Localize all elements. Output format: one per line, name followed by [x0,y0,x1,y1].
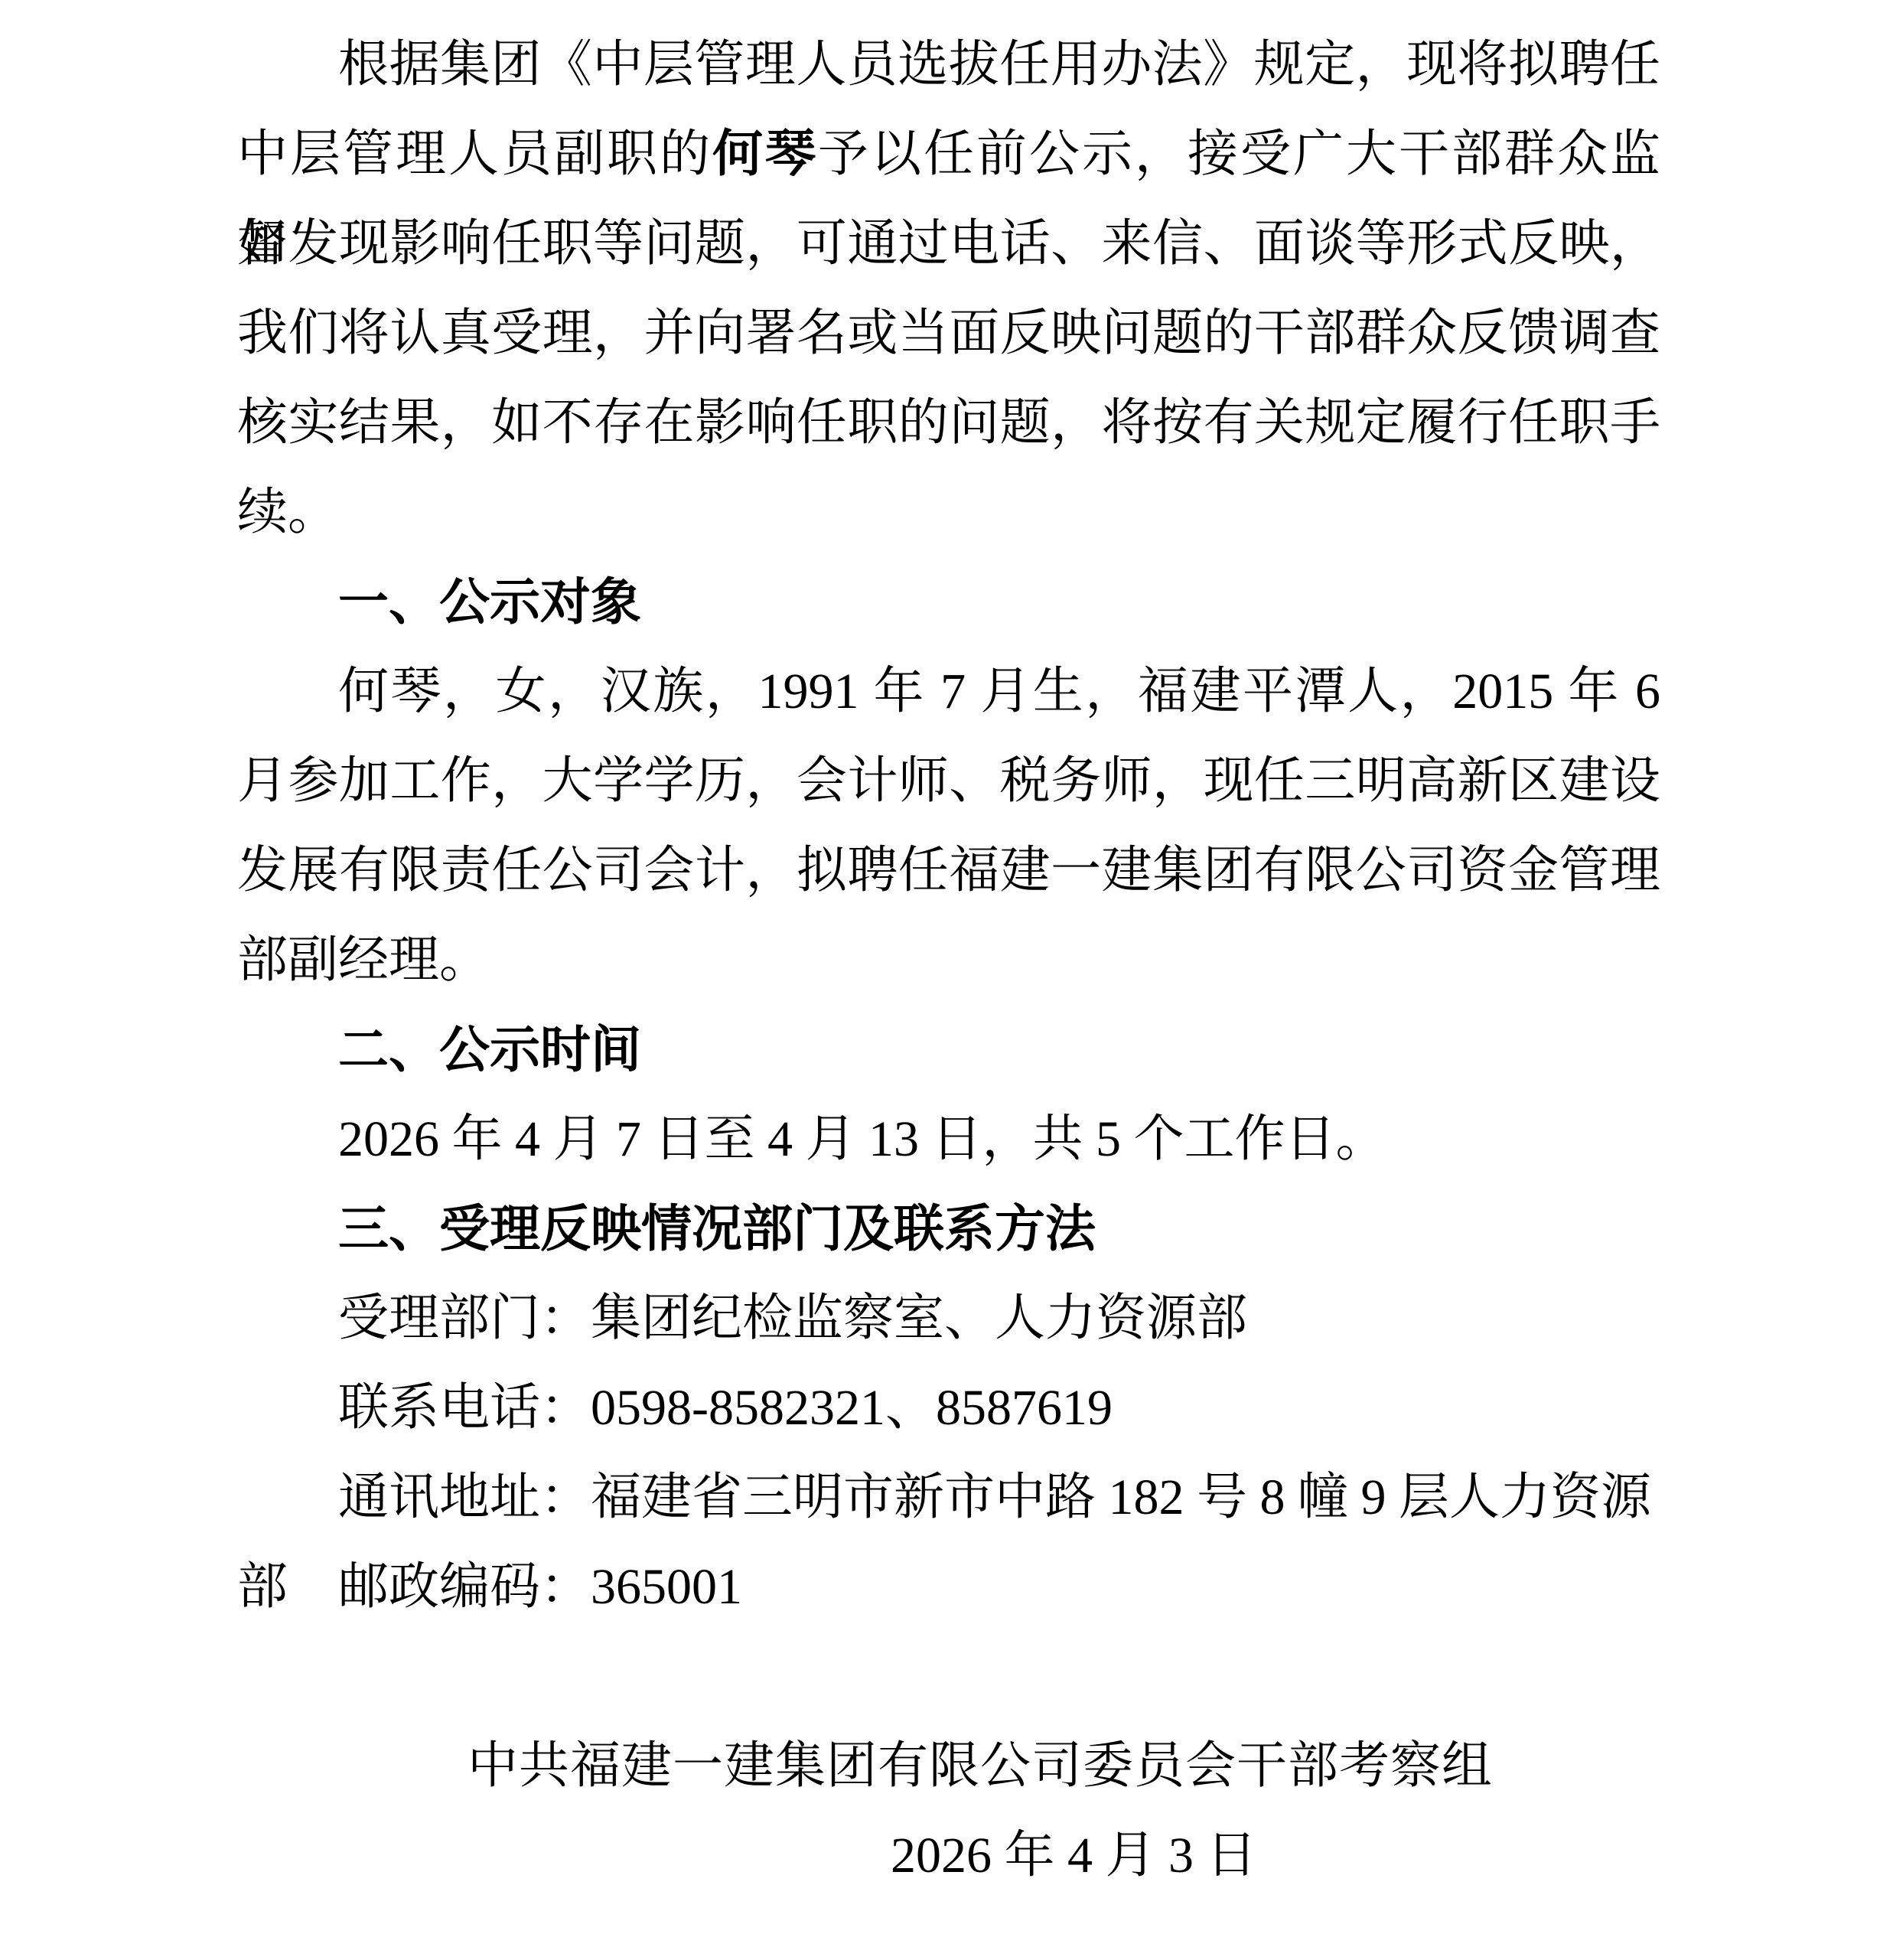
section-heading: 三、受理反映情况部门及联系方法 [237,1184,1660,1274]
text-segment: 三、受理反映情况部门及联系方法 [338,1200,1096,1257]
text-segment: 中层管理人员副职的 [237,126,712,182]
paragraph-line: 通讯地址：福建省三明市新市中路 182 号 8 幢 9 层人力资源部 [237,1453,1660,1542]
paragraph-line: 何琴，女，汉族，1991 年 7 月生，福建平潭人，2015 年 6 [237,647,1660,736]
paragraph-line: 邮政编码：365001 [237,1542,1660,1632]
document-page: 根据集团《中层管理人员选拔任用办法》规定，现将拟聘任中层管理人员副职的何琴予以任… [0,0,1893,1960]
text-segment: 2026 年 4 月 7 日至 4 月 13 日，共 5 个工作日。 [338,1111,1386,1167]
paragraph-line: 根据集团《中层管理人员选拔任用办法》规定，现将拟聘任 [237,20,1660,109]
paragraph-line: 续。 [237,468,1660,557]
text-segment: 部副经理。 [237,932,490,988]
text-segment: 受理部门：集团纪检监察室、人力资源部 [338,1290,1247,1346]
paragraph-line: 发展有限责任公司会计，拟聘任福建一建集团有限公司资金管理 [237,826,1660,915]
blank-line [237,1632,1660,1721]
paragraph-line: 中层管理人员副职的何琴予以任前公示，接受广大干部群众监督， [237,109,1660,199]
signature-line: 中共福建一建集团有限公司委员会干部考察组 [468,1721,1660,1811]
text-segment: 如发现影响任职等问题，可通过电话、来信、面谈等形式反映， [237,216,1660,272]
document-body: 根据集团《中层管理人员选拔任用办法》规定，现将拟聘任中层管理人员副职的何琴予以任… [237,20,1660,1900]
text-segment: 2026 年 4 月 3 日 [891,1828,1257,1883]
paragraph-line: 受理部门：集团纪检监察室、人力资源部 [237,1274,1660,1363]
text-segment: 月参加工作，大学学历，会计师、税务师，现任三明高新区建设 [237,753,1660,809]
text-segment: 发展有限责任公司会计，拟聘任福建一建集团有限公司资金管理 [237,843,1660,898]
paragraph-line: 部副经理。 [237,915,1660,1005]
paragraph-line: 月参加工作，大学学历，会计师、税务师，现任三明高新区建设 [237,736,1660,826]
text-segment: 我们将认真受理，并向署名或当面反映问题的干部群众反馈调查 [237,305,1660,361]
text-segment: 续。 [237,484,338,540]
person-name-bold: 何琴 [712,126,818,182]
paragraph-line: 如发现影响任职等问题，可通过电话、来信、面谈等形式反映， [237,199,1660,289]
paragraph-line: 联系电话：0598-8582321、8587619 [237,1363,1660,1453]
text-segment: 中共福建一建集团有限公司委员会干部考察组 [468,1738,1493,1794]
text-segment: 一、公示对象 [338,573,641,630]
section-heading: 一、公示对象 [237,557,1660,647]
paragraph-line: 我们将认真受理，并向署名或当面反映问题的干部群众反馈调查 [237,289,1660,378]
paragraph-line: 2026 年 4 月 7 日至 4 月 13 日，共 5 个工作日。 [237,1094,1660,1184]
section-heading: 二、公示时间 [237,1005,1660,1094]
text-segment: 根据集团《中层管理人员选拔任用办法》规定，现将拟聘任 [338,37,1660,93]
text-segment: 邮政编码：365001 [338,1559,742,1615]
date-line: 2026 年 4 月 3 日 [891,1811,1660,1900]
paragraph-line: 核实结果，如不存在影响任职的问题，将按有关规定履行任职手 [237,378,1660,468]
text-segment: 联系电话：0598-8582321、8587619 [338,1380,1113,1436]
text-segment: 二、公示时间 [338,1021,641,1078]
text-segment: 核实结果，如不存在影响任职的问题，将按有关规定履行任职手 [237,395,1660,451]
text-segment: 何琴，女，汉族，1991 年 7 月生，福建平潭人，2015 年 6 [338,664,1660,719]
